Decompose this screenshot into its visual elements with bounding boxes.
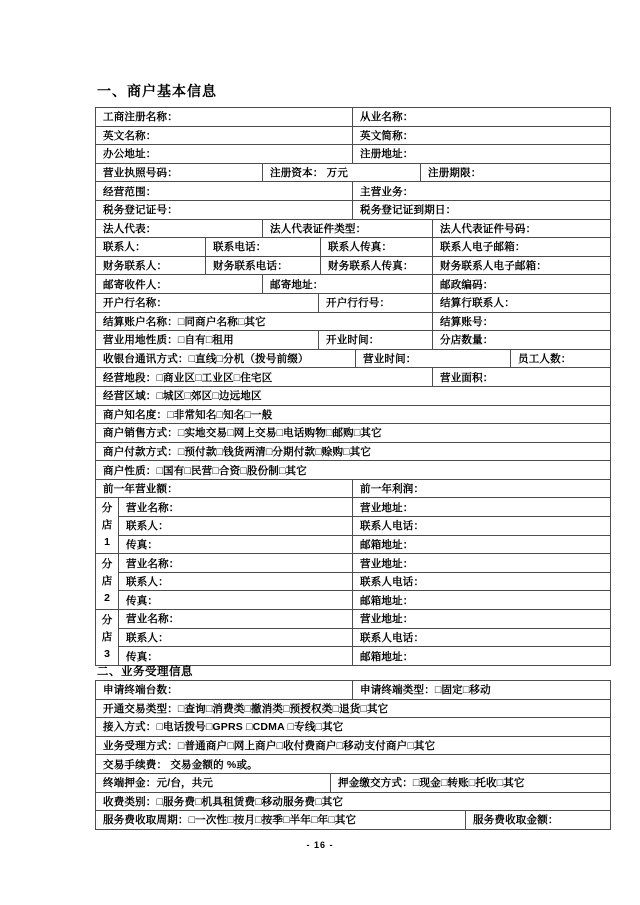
table-cell: 收银台通讯方式：□直线□分机（拨号前缀） [96, 350, 356, 369]
table-row: 商户付款方式：□预付款□钱货两清□分期付款□赊购□其它 [96, 443, 611, 462]
table-cell: 联系人： [119, 517, 353, 536]
table-cell: 营业地址： [353, 610, 611, 629]
document-page: 一、商户基本信息 工商注册名称：从业名称：英文名称：英文简称：办公地址：注册地址… [0, 0, 640, 905]
table-cell: 服务费收取周期：□一次性□按月□按季□半年□年□其它 [96, 811, 466, 830]
merchant-basic-info-table: 工商注册名称：从业名称：英文名称：英文简称：办公地址：注册地址：营业执照号码：注… [95, 107, 611, 666]
table-cell: 财务联系人： [96, 257, 206, 276]
table-row: 办公地址：注册地址： [96, 145, 611, 164]
table-row: 商户性质：□国有□民营□合资□股份制□其它 [96, 461, 611, 480]
table-row: 法人代表：法人代表证件类型：法人代表证件号码： [96, 220, 611, 239]
table-cell: 商户性质：□国有□民营□合资□股份制□其它 [96, 461, 611, 480]
table-row: 结算账户名称：□同商户名称□其它结算账号： [96, 313, 611, 332]
table-cell: 申请终端台数： [96, 681, 353, 700]
table-cell: 财务联系电话： [206, 257, 321, 276]
table-cell: 营业地址： [353, 554, 611, 573]
table-cell: 开业时间： [319, 331, 433, 350]
table-row: 申请终端台数：申请终端类型：□固定□移动 [96, 681, 611, 700]
table-cell: 经营范围： [96, 182, 353, 201]
table-row: 联系人：联系电话：联系人传真：联系人电子邮箱： [96, 238, 611, 257]
table-cell: 法人代表证件号码： [433, 220, 611, 239]
table-row: 收费类别：□服务费□机具租赁费□移动服务费□其它 [96, 793, 611, 812]
table-row: 邮寄收件人：邮寄地址：邮政编码： [96, 275, 611, 294]
table-cell: 注册地址： [353, 145, 611, 164]
table-row: 传真：邮箱地址： [119, 647, 611, 666]
table-row: 传真：邮箱地址： [119, 591, 611, 610]
table-row: 税务登记证号：税务登记证到期日： [96, 201, 611, 220]
table-cell: 营业时间： [356, 350, 511, 369]
table-cell: 传真： [119, 647, 353, 666]
table-row: 联系人：联系人电话： [119, 629, 611, 648]
table-cell: 注册资本： 万元 [263, 164, 421, 183]
table-cell: 联系人传真： [321, 238, 433, 257]
table-row: 业务受理方式：□普通商户□网上商户□收付费商户□移动支付商户□其它 [96, 737, 611, 756]
table-cell: 主营业务： [353, 182, 611, 201]
table-cell: 服务费收取金额： [466, 811, 611, 830]
branch-store-index-label: 分 店 3 [96, 610, 119, 666]
section-1-title: 一、商户基本信息 [97, 82, 217, 100]
table-row: 开通交易类型：□查询□消费类□撤消类□预授权类□退货□其它 [96, 700, 611, 719]
table-cell: 接入方式：□电话拨号□GPRS □CDMA □专线□其它 [96, 718, 611, 737]
table-cell: 经营地段：□商业区□工业区□住宅区 [96, 368, 433, 387]
branch-store-block: 分 店 3营业名称：营业地址：联系人：联系人电话：传真：邮箱地址： [96, 610, 611, 666]
branch-store-block: 分 店 2营业名称：营业地址：联系人：联系人电话：传真：邮箱地址： [96, 554, 611, 610]
table-row: 经营范围：主营业务： [96, 182, 611, 201]
table-cell: 交易手续费： 交易金额的 %或。 [96, 755, 611, 774]
table-cell: 业务受理方式：□普通商户□网上商户□收付费商户□移动支付商户□其它 [96, 737, 611, 756]
table-cell: 英文简称： [353, 127, 611, 146]
table-cell: 开户行行号： [319, 294, 433, 313]
table-row: 经营区域：□城区□郊区□边远地区 [96, 387, 611, 406]
table-cell: 税务登记证到期日： [353, 201, 611, 220]
table-cell: 邮箱地址： [353, 591, 611, 610]
table-cell: 财务联系人电子邮箱： [433, 257, 611, 276]
table-cell: 结算账户名称：□同商户名称□其它 [96, 313, 433, 332]
table-row: 工商注册名称：从业名称： [96, 108, 611, 127]
table-cell: 员工人数： [511, 350, 611, 369]
table-row: 英文名称：英文简称： [96, 127, 611, 146]
table-row: 开户行名称：开户行行号：结算行联系人： [96, 294, 611, 313]
table-cell: 邮寄收件人： [96, 275, 263, 294]
table-cell: 注册期限： [421, 164, 611, 183]
table-cell: 税务登记证号： [96, 201, 353, 220]
branch-store-index-label: 分 店 2 [96, 554, 119, 610]
table-cell: 英文名称： [96, 127, 353, 146]
table-row: 商户销售方式：□实地交易□网上交易□电话购物□邮购□其它 [96, 424, 611, 443]
table-cell: 结算账号： [433, 313, 611, 332]
table-cell: 营业面积： [433, 368, 611, 387]
table-cell: 申请终端类型：□固定□移动 [353, 681, 611, 700]
table-row: 交易手续费： 交易金额的 %或。 [96, 755, 611, 774]
table-row: 接入方式：□电话拨号□GPRS □CDMA □专线□其它 [96, 718, 611, 737]
section-2-title: 二、业务受理信息 [97, 665, 193, 679]
table-cell: 联系人： [96, 238, 206, 257]
table-cell: 营业名称： [119, 610, 353, 629]
table-row: 营业名称：营业地址： [119, 610, 611, 629]
table-cell: 财务联系人传真： [321, 257, 433, 276]
table-cell: 商户知名度：□非常知名□知名□一般 [96, 406, 611, 425]
table-cell: 分店数量： [433, 331, 611, 350]
table-cell: 法人代表证件类型： [263, 220, 433, 239]
table-cell: 邮箱地址： [353, 536, 611, 555]
table-cell: 传真： [119, 536, 353, 555]
table-cell: 商户销售方式：□实地交易□网上交易□电话购物□邮购□其它 [96, 424, 611, 443]
table-cell: 商户付款方式：□预付款□钱货两清□分期付款□赊购□其它 [96, 443, 611, 462]
table-cell: 营业地址： [353, 498, 611, 517]
table-row: 服务费收取周期：□一次性□按月□按季□半年□年□其它服务费收取金额： [96, 811, 611, 830]
table-cell: 邮箱地址： [353, 647, 611, 666]
table-row: 商户知名度：□非常知名□知名□一般 [96, 406, 611, 425]
table-cell: 从业名称： [353, 108, 611, 127]
table-cell: 经营区域：□城区□郊区□边远地区 [96, 387, 611, 406]
table-cell: 前一年营业额： [96, 480, 353, 499]
table-cell: 营业执照号码： [96, 164, 263, 183]
table-cell: 营业用地性质：□自有□租用 [96, 331, 319, 350]
table-cell: 传真： [119, 591, 353, 610]
table-cell: 收费类别：□服务费□机具租赁费□移动服务费□其它 [96, 793, 611, 812]
table-cell: 联系人： [119, 573, 353, 592]
business-acceptance-table: 申请终端台数：申请终端类型：□固定□移动开通交易类型：□查询□消费类□撤消类□预… [95, 680, 611, 830]
table-cell: 营业名称： [119, 554, 353, 573]
table-row: 营业执照号码：注册资本： 万元注册期限： [96, 164, 611, 183]
table-row: 终端押金：元/台，共元押金缴交方式：□现金□转账□托收□其它 [96, 774, 611, 793]
table-row: 财务联系人：财务联系电话：财务联系人传真：财务联系人电子邮箱： [96, 257, 611, 276]
table-cell: 联系人电话： [353, 629, 611, 648]
table-cell: 邮寄地址： [263, 275, 433, 294]
table-cell: 邮政编码： [433, 275, 611, 294]
table-cell: 前一年利润： [353, 480, 611, 499]
table-cell: 终端押金：元/台，共元 [96, 774, 331, 793]
table-row: 联系人：联系人电话： [119, 573, 611, 592]
table-row: 联系人：联系人电话： [119, 517, 611, 536]
table-cell: 营业名称： [119, 498, 353, 517]
table-cell: 结算行联系人： [433, 294, 611, 313]
table-cell: 联系人电子邮箱： [433, 238, 611, 257]
table-cell: 开通交易类型：□查询□消费类□撤消类□预授权类□退货□其它 [96, 700, 611, 719]
table-cell: 联系人电话： [353, 573, 611, 592]
table-cell: 法人代表： [96, 220, 263, 239]
table-cell: 办公地址： [96, 145, 353, 164]
table-cell: 联系人电话： [353, 517, 611, 536]
table-row: 经营地段：□商业区□工业区□住宅区营业面积： [96, 368, 611, 387]
branch-store-index-label: 分 店 1 [96, 498, 119, 554]
table-row: 营业名称：营业地址： [119, 554, 611, 573]
table-row: 传真：邮箱地址： [119, 536, 611, 555]
table-cell: 联系人： [119, 629, 353, 648]
branch-store-block: 分 店 1营业名称：营业地址：联系人：联系人电话：传真：邮箱地址： [96, 498, 611, 554]
table-row: 收银台通讯方式：□直线□分机（拨号前缀）营业时间：员工人数： [96, 350, 611, 369]
table-cell: 押金缴交方式：□现金□转账□托收□其它 [331, 774, 611, 793]
table-row: 前一年营业额：前一年利润： [96, 480, 611, 499]
table-cell: 联系电话： [206, 238, 321, 257]
table-cell: 开户行名称： [96, 294, 319, 313]
table-row: 营业用地性质：□自有□租用开业时间：分店数量： [96, 331, 611, 350]
table-cell: 工商注册名称： [96, 108, 353, 127]
table-row: 营业名称：营业地址： [119, 498, 611, 517]
page-number: - 16 - [0, 840, 640, 850]
